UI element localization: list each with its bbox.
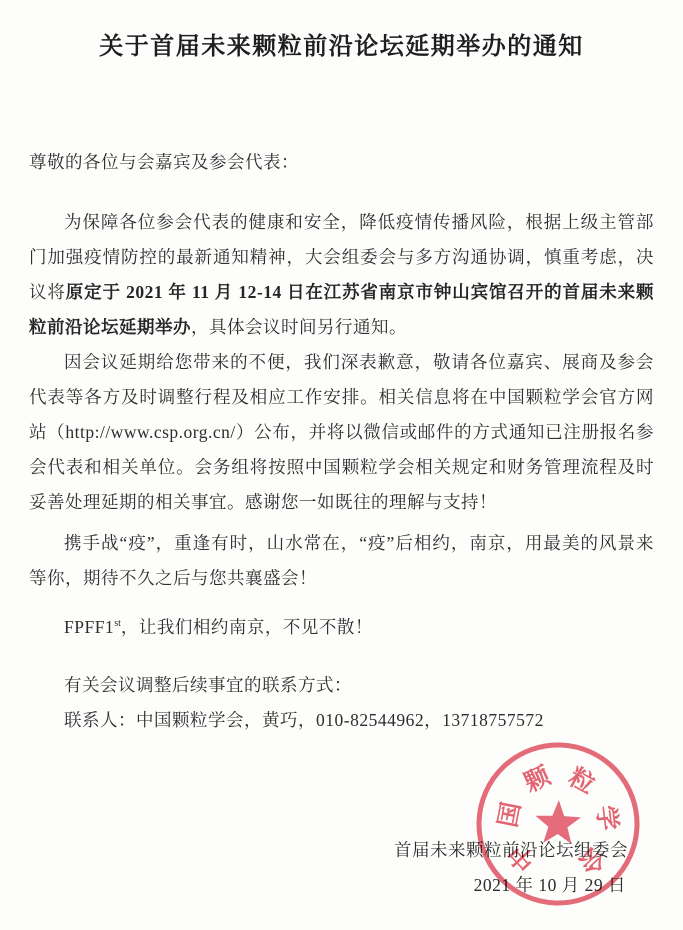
contact-line: 联系人：中国颗粒学会，黄巧，010-82544962，13718757572 bbox=[29, 703, 654, 738]
document-content: 关于首届未来颗粒前沿论坛延期举办的通知 尊敬的各位与会嘉宾及参会代表： 为保障各… bbox=[0, 0, 683, 738]
paragraph-reunion: 携手战“疫”，重逢有时，山水常在，“疫”后相约，南京，用最美的风景来等你，期待不… bbox=[29, 526, 654, 596]
fpff-ordinal-superscript: st bbox=[114, 618, 121, 629]
seal-char: 粒 bbox=[564, 763, 599, 800]
document-title: 关于首届未来颗粒前沿论坛延期举办的通知 bbox=[29, 0, 654, 63]
paragraph1-regular-end: ，具体会议时间另行通知。 bbox=[191, 317, 407, 337]
contact-heading: 有关会议调整后续事宜的联系方式： bbox=[29, 668, 654, 703]
seal-char: 中 bbox=[503, 839, 541, 876]
notice-document-page: 关于首届未来颗粒前沿论坛延期举办的通知 尊敬的各位与会嘉宾及参会代表： 为保障各… bbox=[0, 0, 683, 930]
seal-char: 会 bbox=[573, 841, 611, 879]
paragraph-fpff: FPFF1st，让我们相约南京，不见不散！ bbox=[29, 606, 654, 645]
seal-char: 颗 bbox=[520, 761, 555, 797]
fpff-prefix: FPFF1 bbox=[64, 617, 114, 637]
seal-char: 学 bbox=[591, 804, 622, 832]
paragraph-apology: 因会议延期给您带来的不便，我们深表歉意，敬请各位嘉宾、展商及参会代表等各方及时调… bbox=[29, 345, 654, 520]
seal-char: 国 bbox=[494, 800, 526, 830]
fpff-suffix: ，让我们相约南京，不见不散！ bbox=[121, 617, 373, 637]
red-star-icon bbox=[535, 799, 582, 844]
salutation: 尊敬的各位与会嘉宾及参会代表： bbox=[29, 145, 654, 180]
paragraph-postponement: 为保障各位参会代表的健康和安全，降低疫情传播风险，根据上级主管部门加强疫情防控的… bbox=[29, 205, 654, 345]
official-seal: 中 国 颗 粒 学 会 bbox=[470, 736, 646, 912]
